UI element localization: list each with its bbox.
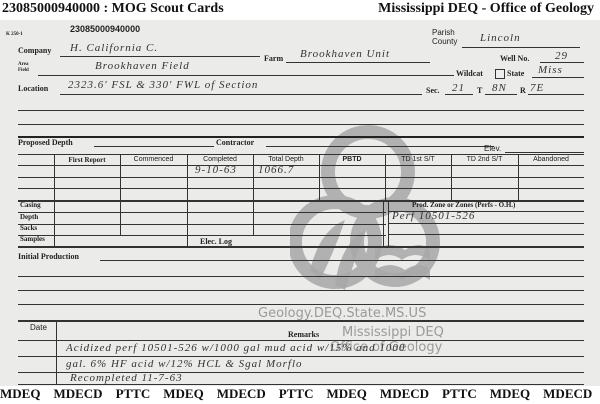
casing-col-divider: [187, 202, 188, 246]
county-line: [462, 47, 580, 48]
sec-label: Sec.: [426, 86, 440, 95]
col-td-1st: TD 1st S/T: [385, 156, 451, 163]
state-label: State: [507, 69, 524, 78]
remarks-label: Remarks: [288, 330, 319, 339]
prod-zone-value: Perf 10501-526: [392, 210, 475, 222]
casing-col-divider: [253, 202, 254, 235]
field-value: Brookhaven Field: [95, 60, 190, 72]
total-depth-value: 1066.7: [258, 164, 294, 176]
remarks-line: [18, 340, 584, 341]
footer-item: MDEQ: [0, 386, 40, 401]
footer-item: MDEQ: [326, 386, 366, 401]
farm-label: Farm: [264, 54, 283, 63]
state-line: [532, 77, 584, 78]
blank-line: [18, 110, 584, 111]
table-header-line: [18, 165, 584, 166]
r-line: [528, 94, 584, 95]
state-value: Miss: [538, 64, 563, 76]
area-label: Area: [18, 62, 28, 67]
casing-label: Casing: [20, 201, 41, 209]
wildcat-checkbox: [495, 69, 505, 79]
section-divider: [18, 136, 584, 138]
field-label: Field: [18, 68, 29, 73]
location-line: [60, 94, 422, 95]
casing-col-divider: [383, 202, 384, 246]
date-label: Date: [30, 323, 47, 332]
col-completed: Completed: [187, 156, 253, 163]
elev-label: Elev.: [484, 144, 501, 153]
casing-line: [18, 235, 386, 236]
date-col-divider: [56, 320, 57, 384]
prod-zone-label: Prod. Zone or Zones (Perfs - O.H.): [412, 201, 515, 209]
company-label: Company: [18, 46, 51, 55]
page-header: 23085000940000 : MOG Scout Cards Mississ…: [0, 0, 600, 20]
casing-col-divider: [54, 202, 55, 246]
col-commenced: Commenced: [120, 156, 187, 163]
r-label: R: [520, 86, 526, 95]
contractor-label: Contractor: [216, 138, 254, 147]
well-no-value: 29: [555, 50, 568, 62]
remarks-line-2: gal. 6% HF acid w/12% HCL & Sgal Morflo: [66, 358, 303, 370]
prod-zone-line: [388, 223, 584, 224]
contractor-line: [266, 146, 494, 147]
parish-label: Parish: [432, 28, 455, 37]
sec-line: [445, 94, 473, 95]
proposed-depth-label: Proposed Depth: [18, 138, 73, 147]
footer-item: PTTC: [116, 386, 151, 401]
footer-item: MDEQ: [163, 386, 203, 401]
sacks-label: Sacks: [20, 224, 37, 232]
r-value: 7E: [530, 82, 544, 94]
table-row-line: [18, 188, 584, 189]
initial-production-line: [100, 260, 584, 261]
api-number: 23085000940000: [70, 24, 140, 34]
completed-value: 9-10-63: [195, 164, 237, 176]
well-no-label: Well No.: [500, 54, 529, 63]
elec-log-label: Elec. Log: [200, 237, 232, 246]
footer-item: MDEQ: [490, 386, 530, 401]
col-pbtd: PBTD: [319, 156, 385, 163]
t-value: 8N: [492, 82, 507, 94]
remarks-line-3: Recompleted 11-7-63: [70, 372, 183, 384]
footer-agencies: MDEQMDECDPTTCMDEQMDECDPTTCMDEQMDECDPTTCM…: [0, 386, 600, 404]
watermark-agency: Mississippi DEQ: [342, 325, 444, 340]
footer-item: PTTC: [279, 386, 314, 401]
initial-production-label: Initial Production: [18, 252, 79, 261]
casing-line: [18, 224, 386, 225]
col-abandoned: Abandoned: [518, 156, 584, 163]
wildcat-label: Wildcat: [456, 69, 483, 78]
prod-zone-border: [388, 202, 389, 246]
blank-line: [18, 124, 584, 125]
depth-label: Depth: [20, 213, 38, 221]
farm-value: Brookhaven Unit: [300, 48, 390, 60]
prod-zone-line: [388, 234, 584, 235]
casing-bottom-line: [18, 246, 584, 248]
company-line: [60, 56, 260, 57]
remarks-line: [18, 384, 584, 385]
footer-item: MDECD: [380, 386, 429, 401]
table-row-line: [18, 177, 584, 178]
casing-col-divider: [120, 202, 121, 235]
footer-item: MDECD: [217, 386, 266, 401]
table-top-line: [18, 154, 584, 155]
watermark-url: Geology.DEQ.State.MS.US: [258, 306, 426, 321]
blank-line: [18, 290, 584, 291]
col-td-2nd: TD 2nd S/T: [451, 156, 518, 163]
sec-value: 21: [452, 82, 465, 94]
samples-label: Samples: [20, 235, 45, 243]
footer-item: PTTC: [442, 386, 477, 401]
company-value: H. California C.: [70, 42, 158, 54]
field-line: [38, 75, 454, 76]
county-label: County: [432, 37, 457, 46]
elev-line: [505, 152, 584, 153]
t-line: [485, 94, 517, 95]
blank-line: [18, 276, 584, 277]
form-id: K 250-1: [6, 32, 23, 37]
document-title: 23085000940000 : MOG Scout Cards: [2, 1, 224, 17]
col-total-depth: Total Depth: [253, 156, 319, 163]
location-label: Location: [18, 84, 48, 93]
col-first-report: First Report: [54, 156, 120, 164]
proposed-depth-line: [94, 146, 214, 147]
footer-item: MDECD: [53, 386, 102, 401]
footer-item: MDECD: [543, 386, 592, 401]
blank-line: [18, 304, 584, 305]
casing-line: [18, 212, 386, 213]
well-no-line: [540, 62, 584, 63]
t-label: T: [477, 86, 482, 95]
remarks-line: [18, 356, 584, 357]
farm-line: [286, 62, 430, 63]
location-value: 2323.6' FSL & 330' FWL of Section: [68, 79, 258, 91]
scout-card: K 250-1 23085000940000 Company H. Califo…: [0, 20, 600, 386]
agency-title: Mississippi DEQ - Office of Geology: [378, 1, 594, 17]
remarks-line-1: Acidized perf 10501-526 w/1000 gal mud a…: [66, 342, 405, 354]
county-value: Lincoln: [480, 32, 521, 44]
